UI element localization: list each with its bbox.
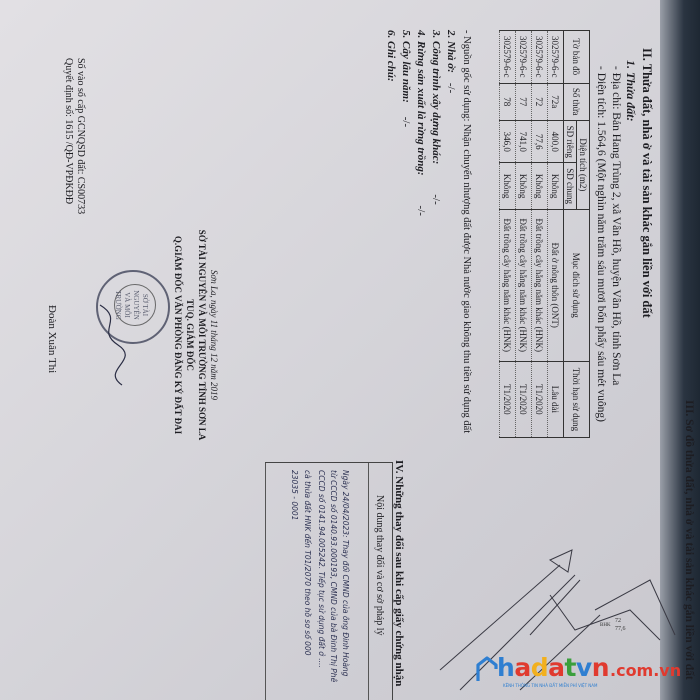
watermark-logo: hadatvn .com.vn KÊNH THÔNG TIN NHÀ ĐẤT M… xyxy=(475,653,700,693)
register-info: Số vào sổ cấp GCNQSD đất: CS00733 Quyết … xyxy=(62,58,86,214)
cell-term: T1/2020 xyxy=(516,361,532,437)
cell-parcel-no: 72 xyxy=(532,83,548,120)
section-4-title: IV. Những thay đổi sau khi cấp giấy chứn… xyxy=(393,460,405,686)
cell-map-sheet: 302579-6-c xyxy=(516,31,532,84)
handwritten-line: Ngày 24/04/2023: Thay đổi CMND của ông Đ… xyxy=(341,470,350,676)
map-label-area: 77,6 xyxy=(615,626,626,632)
watermark-tagline: KÊNH THÔNG TIN NHÀ ĐẤT MIỄN PHÍ VIỆT NAM xyxy=(503,683,597,688)
watermark-brand: hadatvn xyxy=(497,653,609,682)
cell-private: 346,0 xyxy=(500,120,516,162)
handwritten-line: 23035 - 0001 xyxy=(290,470,299,520)
map-label-code: BHK xyxy=(600,623,611,628)
list-item: 5. Cây lâu năm:-/- xyxy=(398,30,413,216)
cell-term: Lâu dài xyxy=(548,361,564,437)
cell-shared: Không xyxy=(548,163,564,209)
section-4-divider xyxy=(368,462,369,700)
cell-map-sheet: 302579-6-c xyxy=(500,31,516,84)
land-origin: - Nguồn gốc sử dụng: Nhận chuyển nhượng … xyxy=(461,30,472,433)
section-4-header: Nội dung thay đổi và cơ sở pháp lý xyxy=(374,495,385,636)
list-item: 6. Ghi chú: xyxy=(383,30,398,216)
parcel-table: Tờ bản đồ Số thửa Diện tích (m2) Mục đíc… xyxy=(499,30,590,438)
cell-shared: Không xyxy=(500,163,516,209)
col-private: SD riêng xyxy=(564,120,577,162)
signature-scribble xyxy=(90,300,130,390)
handwritten-line: cà thửa đất HNK đến T01/2070 theo hồ sơ … xyxy=(303,470,312,655)
cell-private: 741,0 xyxy=(516,120,532,162)
signer-name: Đoàn Xuân Thi xyxy=(46,305,58,373)
col-area-group: Diện tích (m2) xyxy=(577,120,590,209)
issuing-org: SỞ TÀI NGUYÊN VÀ MÔI TRƯỜNG TỈNH SƠN LA xyxy=(196,210,208,460)
watermark-domain: .com.vn xyxy=(610,661,681,680)
col-parcel-no: Số thửa xyxy=(564,83,590,120)
list-item: 4. Rừng sản xuất là rừng trồng:-/- xyxy=(413,30,428,216)
cell-purpose: Đất ở nông thôn (ONT) xyxy=(548,209,564,361)
map-label-parcel: 72 xyxy=(615,618,621,624)
cell-shared: Không xyxy=(516,163,532,209)
signer-role: Q.GIÁM ĐỐC VĂN PHÒNG ĐĂNG KÝ ĐẤT ĐAI xyxy=(172,210,184,460)
cell-parcel-no: 72a xyxy=(548,83,564,120)
table-row: 302579-6-c72a400,0KhôngĐất ở nông thôn (… xyxy=(548,31,564,438)
table-row: 302579-6-c78346,0KhôngĐất trồng cây hằng… xyxy=(500,31,516,438)
col-shared: SD chung xyxy=(564,163,577,209)
date-line: Sơn La, ngày 11 tháng 12 năm 2019 xyxy=(208,210,220,460)
section-2-subtitle: 1. Thửa đất: xyxy=(623,60,638,122)
col-purpose: Mục đích sử dụng xyxy=(564,209,590,361)
section-2-items: 2. Nhà ở:-/- 3. Công trình xây dựng khác… xyxy=(383,30,458,216)
cell-map-sheet: 302579-6-c xyxy=(548,31,564,84)
table-row: 302579-6-c7277,6KhôngĐất trồng cây hằng … xyxy=(532,31,548,438)
area-line: - Diện tích: 1.564,6 (Một nghìn năm trăm… xyxy=(595,66,607,422)
signature-block: Sơn La, ngày 11 tháng 12 năm 2019 SỞ TÀI… xyxy=(172,210,220,460)
cell-term: T1/2020 xyxy=(532,361,548,437)
address-line: - Địa chỉ: Bản Hang Trùng 2, xã Vân Hồ, … xyxy=(610,66,622,385)
tuq-line: TUQ. GIÁM ĐỐC xyxy=(184,210,196,460)
cell-private: 400,0 xyxy=(548,120,564,162)
list-item: 3. Công trình xây dựng khác:-/- xyxy=(428,30,443,216)
cell-map-sheet: 302579-6-c xyxy=(532,31,548,84)
col-term: Thời hạn sử dụng xyxy=(564,361,590,437)
section-4-bottom xyxy=(265,462,266,700)
cell-parcel-no: 77 xyxy=(516,83,532,120)
cell-purpose: Đất trồng cây hằng năm khác (HNK) xyxy=(500,209,516,361)
section-4-top xyxy=(265,462,393,463)
section-4-border xyxy=(392,462,393,700)
cell-purpose: Đất trồng cây hằng năm khác (HNK) xyxy=(532,209,548,361)
section-2-title: II. Thửa đất, nhà ở và tài sản khác gắn … xyxy=(639,48,654,318)
register-number: Số vào sổ cấp GCNQSD đất: CS00733 xyxy=(74,58,86,214)
cell-purpose: Đất trồng cây hằng năm khác (HNK) xyxy=(516,209,532,361)
list-item: 2. Nhà ở:-/- xyxy=(443,30,458,216)
handwritten-line: từ CCCD số 0140.93.000193, CMND của bà Đ… xyxy=(329,470,338,682)
cell-private: 77,6 xyxy=(532,120,548,162)
cell-term: T1/2020 xyxy=(500,361,516,437)
cell-parcel-no: 78 xyxy=(500,83,516,120)
col-map-sheet: Tờ bản đồ xyxy=(564,31,590,84)
decision-number: Quyết định số: 1615 /QĐ-VPĐKĐĐ xyxy=(62,58,74,214)
table-row: 302579-6-c77741,0KhôngĐất trồng cây hằng… xyxy=(516,31,532,438)
house-logo-icon xyxy=(475,655,499,683)
handwritten-line: CCCD số 0141.94.005242. Tiếp tục sử dụng… xyxy=(317,470,326,668)
cell-shared: Không xyxy=(532,163,548,209)
